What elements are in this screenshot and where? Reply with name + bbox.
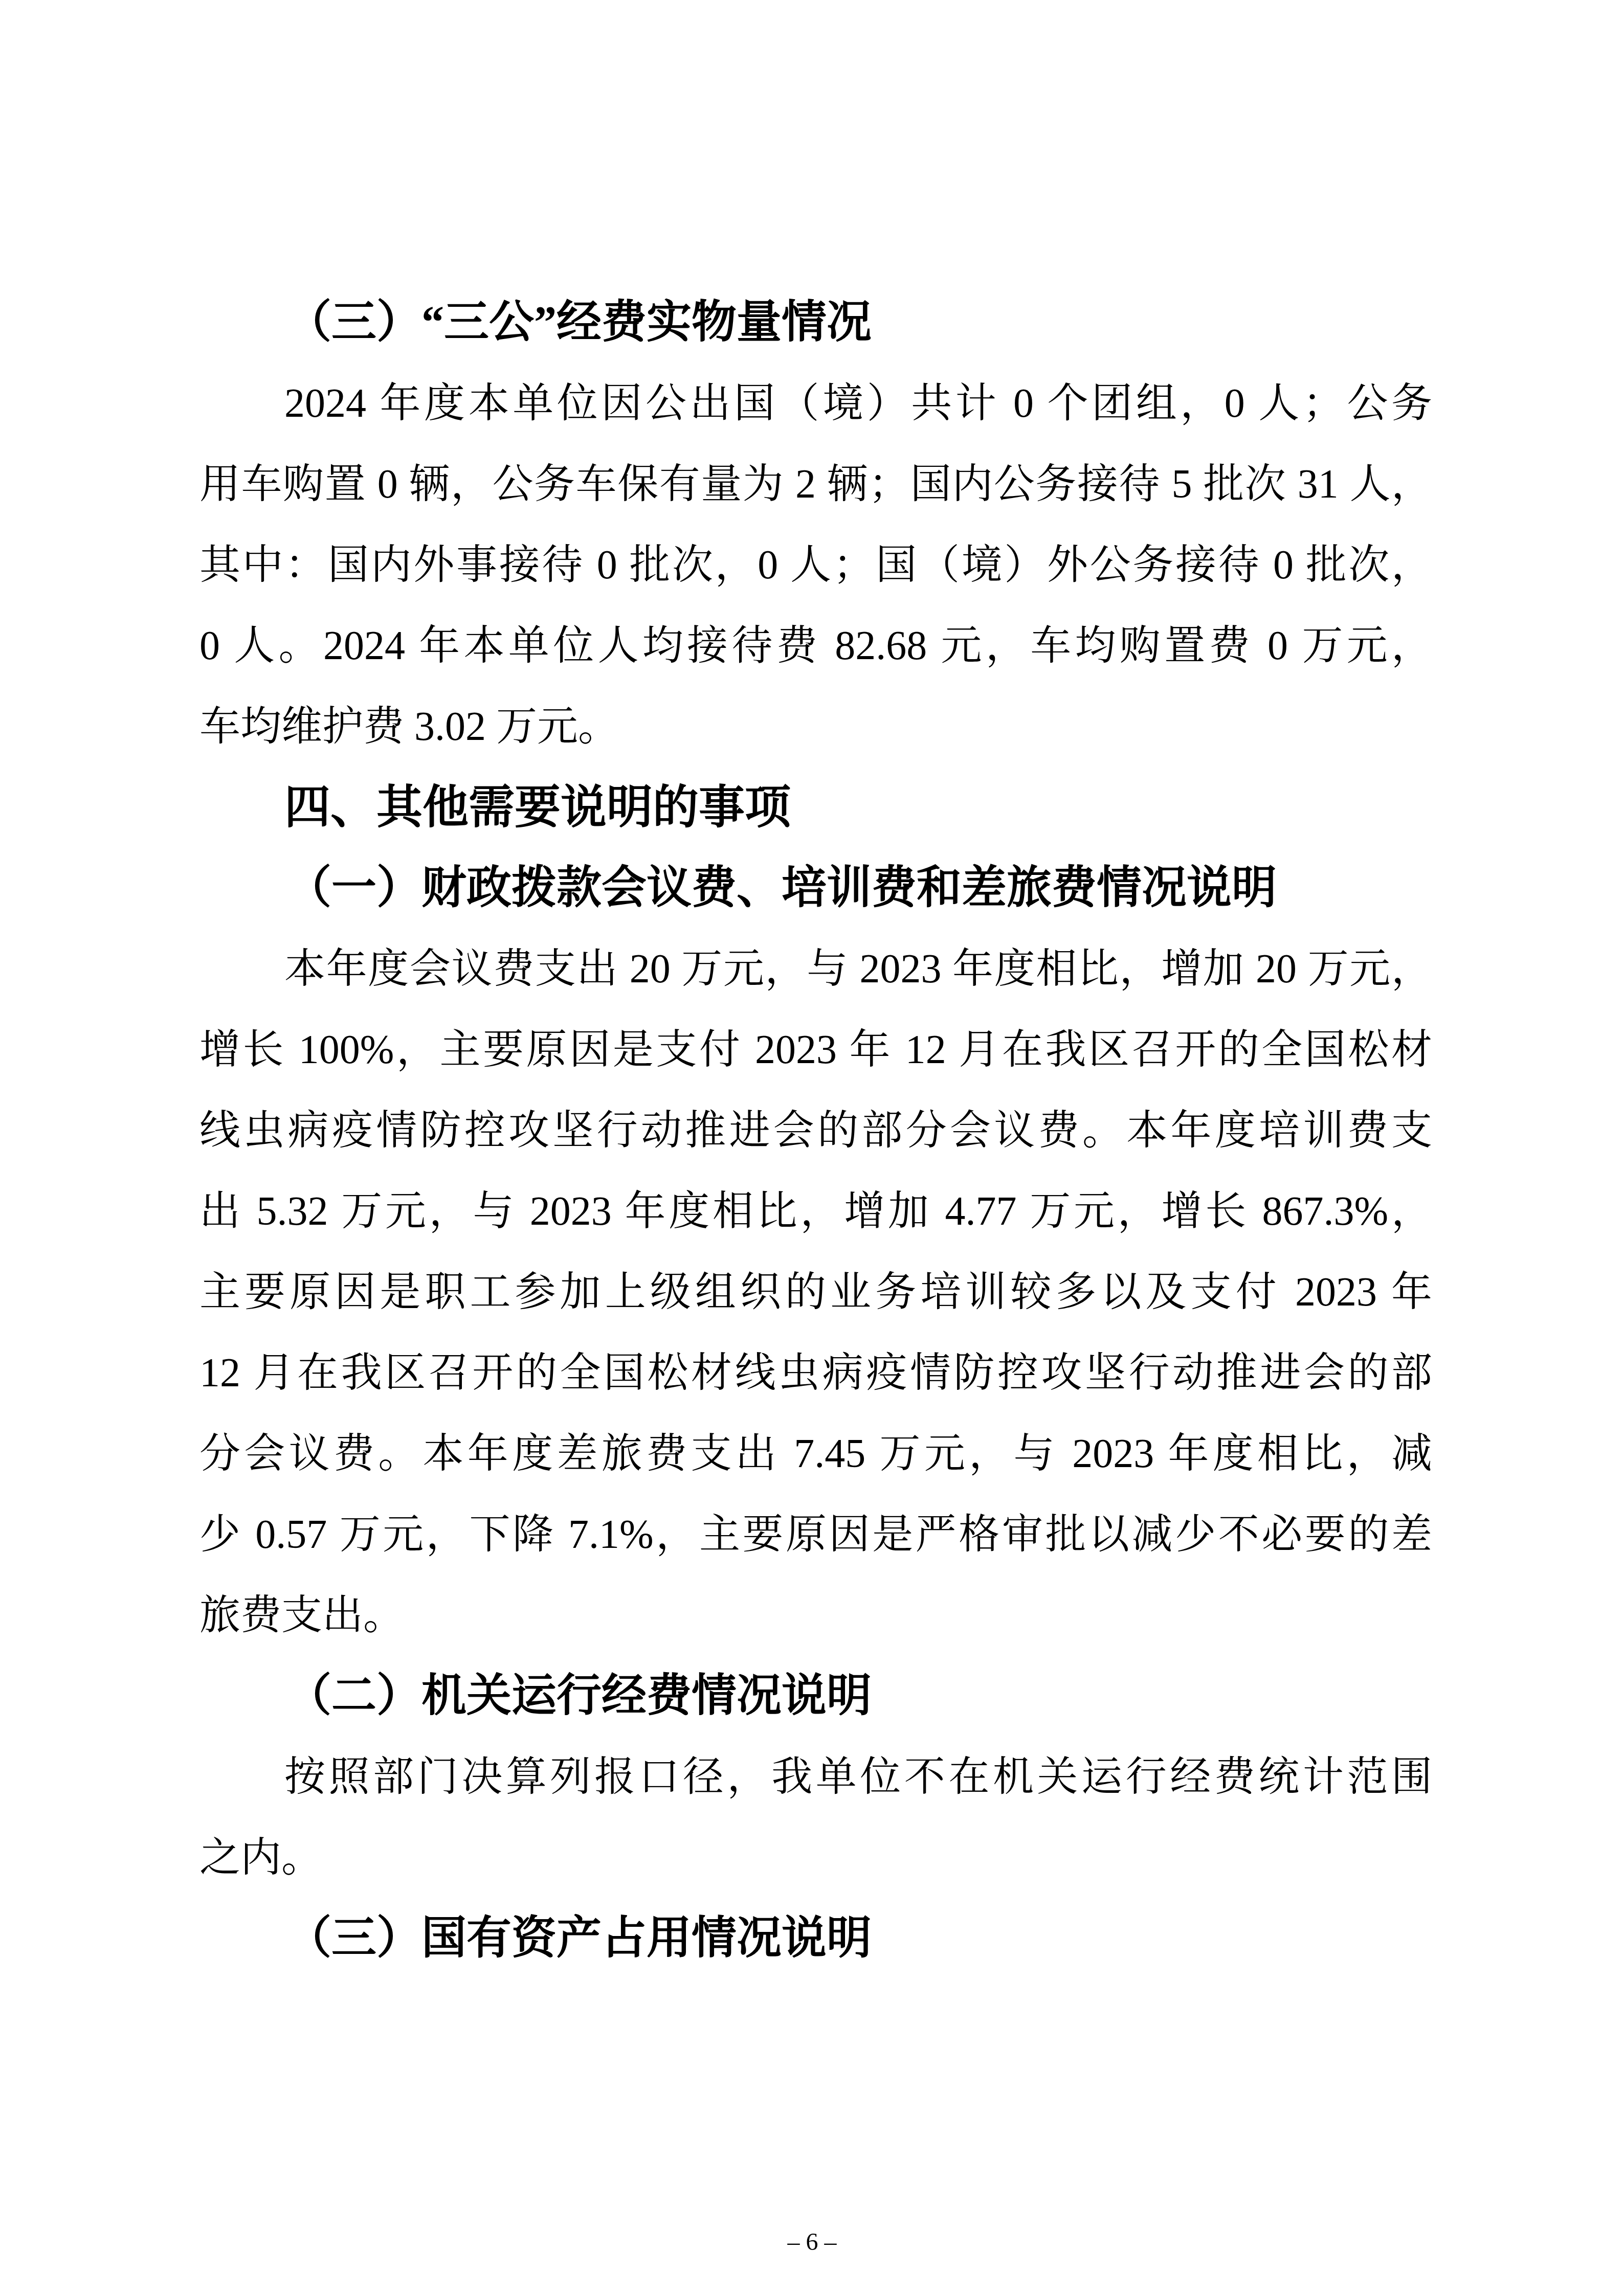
subsection-heading-fees: （一）财政拨款会议费、培训费和差旅费情况说明 xyxy=(199,848,1432,929)
subsection-heading-sangong: （三）“三公”经费实物量情况 xyxy=(199,282,1432,363)
paragraph-line: 用车购置 0 辆，公务车保有量为 2 辆；国内公务接待 5 批次 31 人， xyxy=(199,444,1432,525)
paragraph-line: 分会议费。本年度差旅费支出 7.45 万元，与 2023 年度相比，减 xyxy=(199,1413,1432,1494)
paragraph-line: 其中：国内外事接待 0 批次，0 人；国（境）外公务接待 0 批次， xyxy=(199,525,1432,605)
page-number: – 6 – xyxy=(0,2218,1624,2266)
document-body: （三）“三公”经费实物量情况2024 年度本单位因公出国（境）共计 0 个团组，… xyxy=(199,282,1432,1979)
paragraph-line: 2024 年度本单位因公出国（境）共计 0 个团组，0 人；公务 xyxy=(199,363,1432,444)
paragraph-line: 少 0.57 万元，下降 7.1%，主要原因是严格审批以减少不必要的差 xyxy=(199,1494,1432,1575)
paragraph-line: 按照部门决算列报口径，我单位不在机关运行经费统计范围 xyxy=(199,1737,1432,1817)
paragraph-line: 主要原因是职工参加上级组织的业务培训较多以及支付 2023 年 xyxy=(199,1252,1432,1333)
paragraph-line: 本年度会议费支出 20 万元，与 2023 年度相比，增加 20 万元， xyxy=(199,929,1432,1009)
paragraph-line: 出 5.32 万元，与 2023 年度相比，增加 4.77 万元，增长 867.… xyxy=(199,1171,1432,1252)
paragraph-line: 12 月在我区召开的全国松材线虫病疫情防控攻坚行动推进会的部 xyxy=(199,1333,1432,1413)
paragraph-line: 增长 100%，主要原因是支付 2023 年 12 月在我区召开的全国松材 xyxy=(199,1009,1432,1090)
paragraph-line: 0 人。2024 年本单位人均接待费 82.68 元，车均购置费 0 万元， xyxy=(199,605,1432,686)
paragraph-line: 旅费支出。 xyxy=(199,1575,1432,1656)
document-page: （三）“三公”经费实物量情况2024 年度本单位因公出国（境）共计 0 个团组，… xyxy=(0,0,1624,2296)
section-heading-other-items: 四、其他需要说明的事项 xyxy=(199,767,1432,848)
subsection-heading-state-assets: （三）国有资产占用情况说明 xyxy=(199,1898,1432,1979)
paragraph-line: 之内。 xyxy=(199,1817,1432,1898)
subsection-heading-operating-funds: （二）机关运行经费情况说明 xyxy=(199,1656,1432,1737)
paragraph-line: 线虫病疫情防控攻坚行动推进会的部分会议费。本年度培训费支 xyxy=(199,1090,1432,1171)
paragraph-line: 车均维护费 3.02 万元。 xyxy=(199,686,1432,767)
